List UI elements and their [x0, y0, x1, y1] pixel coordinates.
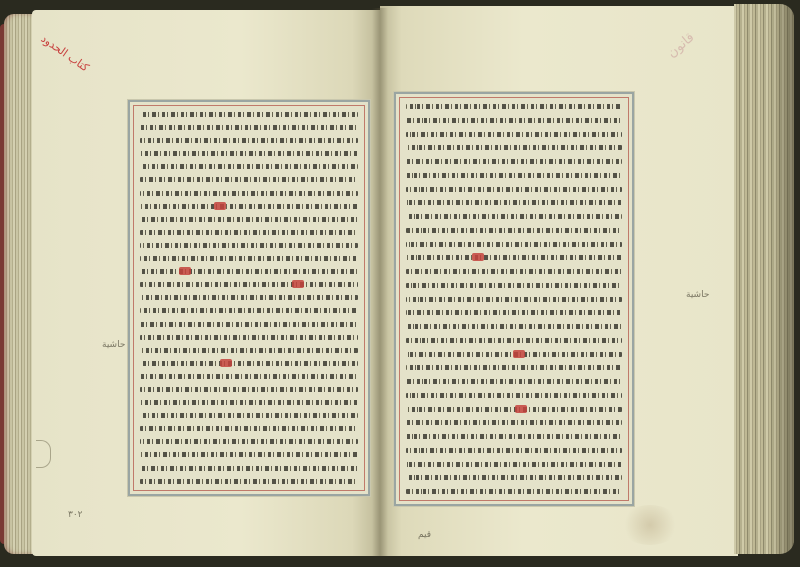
manuscript-line: [140, 477, 358, 486]
manuscript-line: [140, 280, 358, 289]
left-page-edges: [4, 14, 34, 554]
manuscript-line: [406, 212, 622, 221]
manuscript-line: [140, 464, 358, 473]
rubric-mark: [220, 359, 232, 367]
manuscript-line: [140, 136, 358, 145]
manuscript-line: [406, 240, 622, 249]
manuscript-line: [140, 162, 358, 171]
paper-stain: [620, 505, 680, 545]
manuscript-line: [406, 308, 622, 317]
rubric-mark: [472, 253, 484, 261]
manuscript-line: [406, 267, 622, 276]
manuscript-line: [406, 418, 622, 427]
manuscript-line: [406, 157, 622, 166]
book-gutter: [372, 8, 388, 556]
page-tear: [36, 440, 51, 468]
manuscript-line: [140, 202, 358, 211]
manuscript-line: [140, 149, 358, 158]
manuscript-line: [406, 460, 622, 469]
left-text-lines: [133, 105, 365, 491]
manuscript-line: [140, 123, 358, 132]
manuscript-line: [140, 398, 358, 407]
manuscript-line: [140, 346, 358, 355]
manuscript-line: [140, 320, 358, 329]
manuscript-line: [406, 295, 622, 304]
manuscript-line: [140, 306, 358, 315]
manuscript-line: [140, 241, 358, 250]
rubric-mark: [179, 267, 191, 275]
manuscript-line: [140, 437, 358, 446]
manuscript-line: [406, 350, 622, 359]
manuscript-line: [140, 333, 358, 342]
manuscript-line: [406, 253, 622, 262]
manuscript-line: [406, 336, 622, 345]
manuscript-line: [406, 432, 622, 441]
manuscript-line: [406, 405, 622, 414]
manuscript-line: [140, 215, 358, 224]
manuscript-line: [406, 226, 622, 235]
manuscript-line: [140, 385, 358, 394]
manuscript-line: [406, 171, 622, 180]
right-side-margin-note: حاشية: [686, 290, 709, 300]
manuscript-line: [406, 377, 622, 386]
manuscript-line: [140, 372, 358, 381]
manuscript-line: [406, 473, 622, 482]
manuscript-line: [406, 322, 622, 331]
right-catchword: قيم: [418, 530, 431, 540]
manuscript-line: [406, 487, 622, 496]
right-text-block: [394, 92, 634, 506]
manuscript-line: [406, 143, 622, 152]
manuscript-line: [406, 116, 622, 125]
left-folio-mark: ٣٠٢: [68, 510, 83, 520]
open-manuscript-book: كتاب الحدود حاشية ٣٠٢ قانون حاشية قيم: [0, 0, 800, 567]
left-side-margin-note: حاشية: [102, 340, 125, 350]
manuscript-line: [140, 359, 358, 368]
manuscript-line: [140, 293, 358, 302]
right-text-lines: [399, 97, 629, 501]
manuscript-line: [406, 130, 622, 139]
manuscript-line: [140, 411, 358, 420]
manuscript-line: [406, 391, 622, 400]
rubric-mark: [214, 202, 226, 210]
right-page-edges: [734, 4, 794, 554]
manuscript-line: [406, 281, 622, 290]
rubric-mark: [513, 350, 525, 358]
manuscript-line: [406, 185, 622, 194]
manuscript-line: [406, 363, 622, 372]
manuscript-line: [140, 254, 358, 263]
rubric-mark: [292, 280, 304, 288]
manuscript-line: [140, 424, 358, 433]
manuscript-line: [140, 450, 358, 459]
manuscript-line: [140, 175, 358, 184]
manuscript-line: [406, 446, 622, 455]
left-text-block: [128, 100, 370, 496]
rubric-mark: [515, 405, 527, 413]
manuscript-line: [140, 189, 358, 198]
manuscript-line: [406, 102, 622, 111]
manuscript-line: [406, 198, 622, 207]
manuscript-line: [140, 228, 358, 237]
manuscript-line: [140, 267, 358, 276]
manuscript-line: [140, 110, 358, 119]
